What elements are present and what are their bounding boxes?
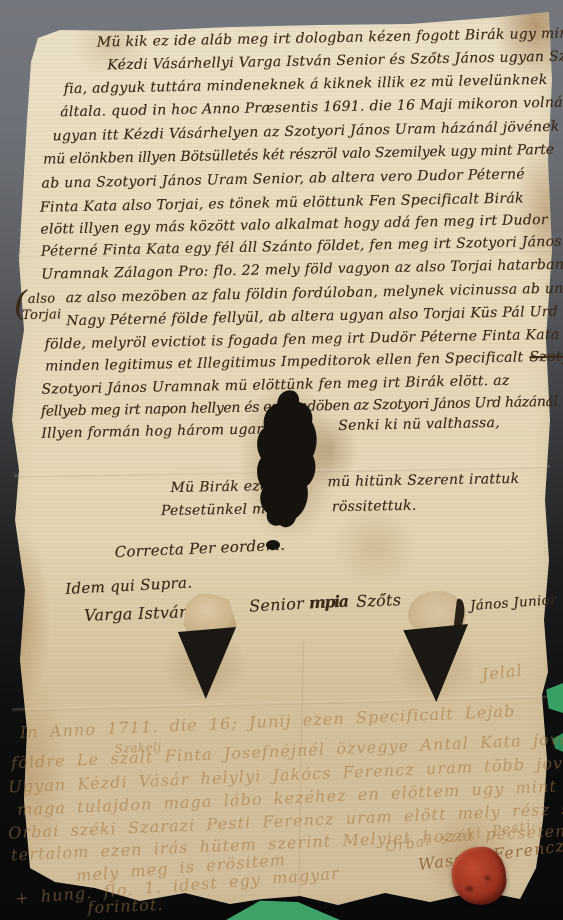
faded-annotation-block: Jelal In Anno 1711. die 16; Junij ezen S… (0, 0, 562, 920)
annotation-word: Jelal (481, 663, 524, 684)
photographed-manuscript: Mü kik ez ide aláb meg irt dologban kéze… (0, 0, 563, 920)
annotation-line: forintot. (87, 897, 164, 916)
